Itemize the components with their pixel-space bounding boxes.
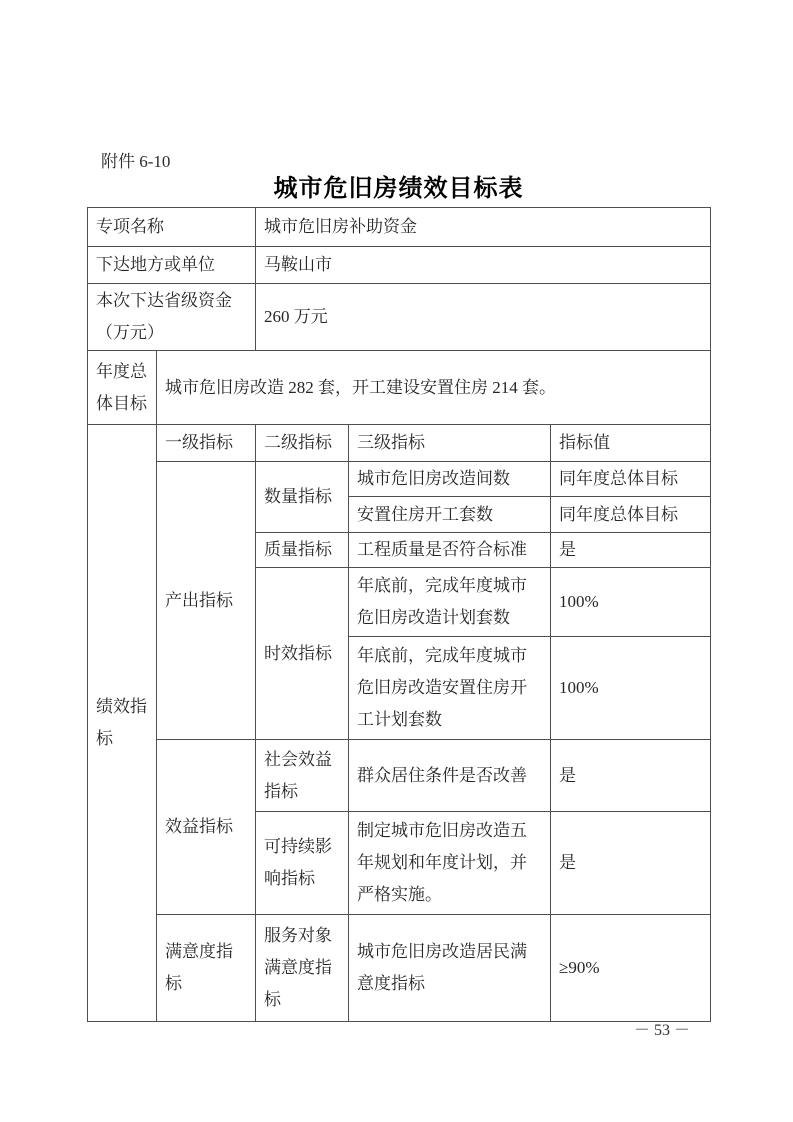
level3-indicator-cell: 群众居住条件是否改善 <box>349 740 551 812</box>
indicator-value-cell: 是 <box>551 812 711 915</box>
project-name-label: 专项名称 <box>88 208 256 247</box>
table-row: 专项名称 城市危旧房补助资金 <box>88 208 711 247</box>
level3-indicator-cell: 制定城市危旧房改造五 年规划和年度计划，并 严格实施。 <box>349 812 551 915</box>
attachment-label: 附件 6-10 <box>101 151 170 173</box>
table-row: 满意度指 标 服务对象 满意度指 标 城市危旧房改造居民满 意度指标 ≥90% <box>88 915 711 1022</box>
indicator-value-cell: ≥90% <box>551 915 711 1022</box>
table-row: 本次下达省级资金 （万元） 260 万元 <box>88 284 711 351</box>
document-page: 附件 6-10 城市危旧房绩效目标表 专项名称 城市危旧房补助资金 下达地方或单… <box>0 0 793 1122</box>
issued-to-label: 下达地方或单位 <box>88 247 256 284</box>
level3-indicator-cell: 年底前，完成年度城市 危旧房改造安置住房开 工计划套数 <box>349 637 551 740</box>
level1-satisfaction-indicators: 满意度指 标 <box>157 915 256 1022</box>
table-row: 下达地方或单位 马鞍山市 <box>88 247 711 284</box>
table-header-row: 绩效指 标 一级指标 二级指标 三级指标 指标值 <box>88 425 711 462</box>
annual-target-label: 年度总 体目标 <box>88 351 157 425</box>
provincial-funds-label: 本次下达省级资金 （万元） <box>88 284 256 351</box>
annual-target-value: 城市危旧房改造 282 套，开工建设安置住房 214 套。 <box>157 351 711 425</box>
level3-indicator-cell: 城市危旧房改造间数 <box>349 462 551 497</box>
level1-benefit-indicators: 效益指标 <box>157 740 256 915</box>
level2-timeliness-indicators: 时效指标 <box>256 568 349 740</box>
level2-quantity-indicators: 数量指标 <box>256 462 349 533</box>
header-indicator-value: 指标值 <box>551 425 711 462</box>
level2-sustainable-impact-indicators: 可持续影 响指标 <box>256 812 349 915</box>
level2-service-target-satisfaction: 服务对象 满意度指 标 <box>256 915 349 1022</box>
indicator-value-cell: 同年度总体目标 <box>551 497 711 533</box>
page-title: 城市危旧房绩效目标表 <box>87 175 710 204</box>
performance-indicators-section-label: 绩效指 标 <box>88 425 157 1022</box>
indicator-value-cell: 100% <box>551 568 711 637</box>
performance-target-table: 专项名称 城市危旧房补助资金 下达地方或单位 马鞍山市 本次下达省级资金 （万元… <box>87 207 711 1022</box>
level2-quality-indicators: 质量指标 <box>256 533 349 568</box>
table-row: 产出指标 数量指标 城市危旧房改造间数 同年度总体目标 <box>88 462 711 497</box>
level3-indicator-cell: 年底前，完成年度城市 危旧房改造计划套数 <box>349 568 551 637</box>
table-row: 效益指标 社会效益 指标 群众居住条件是否改善 是 <box>88 740 711 812</box>
provincial-funds-value: 260 万元 <box>256 284 711 351</box>
header-level2-indicator: 二级指标 <box>256 425 349 462</box>
level3-indicator-cell: 城市危旧房改造居民满 意度指标 <box>349 915 551 1022</box>
indicator-value-cell: 100% <box>551 637 711 740</box>
level3-indicator-cell: 安置住房开工套数 <box>349 497 551 533</box>
level1-output-indicators: 产出指标 <box>157 462 256 740</box>
indicator-value-cell: 同年度总体目标 <box>551 462 711 497</box>
project-name-value: 城市危旧房补助资金 <box>256 208 711 247</box>
level2-social-benefit-indicators: 社会效益 指标 <box>256 740 349 812</box>
header-level1-indicator: 一级指标 <box>157 425 256 462</box>
indicator-value-cell: 是 <box>551 533 711 568</box>
header-level3-indicator: 三级指标 <box>349 425 551 462</box>
level3-indicator-cell: 工程质量是否符合标准 <box>349 533 551 568</box>
indicator-value-cell: 是 <box>551 740 711 812</box>
table-row: 年度总 体目标 城市危旧房改造 282 套，开工建设安置住房 214 套。 <box>88 351 711 425</box>
page-number: － 53 － <box>634 1021 690 1041</box>
issued-to-value: 马鞍山市 <box>256 247 711 284</box>
